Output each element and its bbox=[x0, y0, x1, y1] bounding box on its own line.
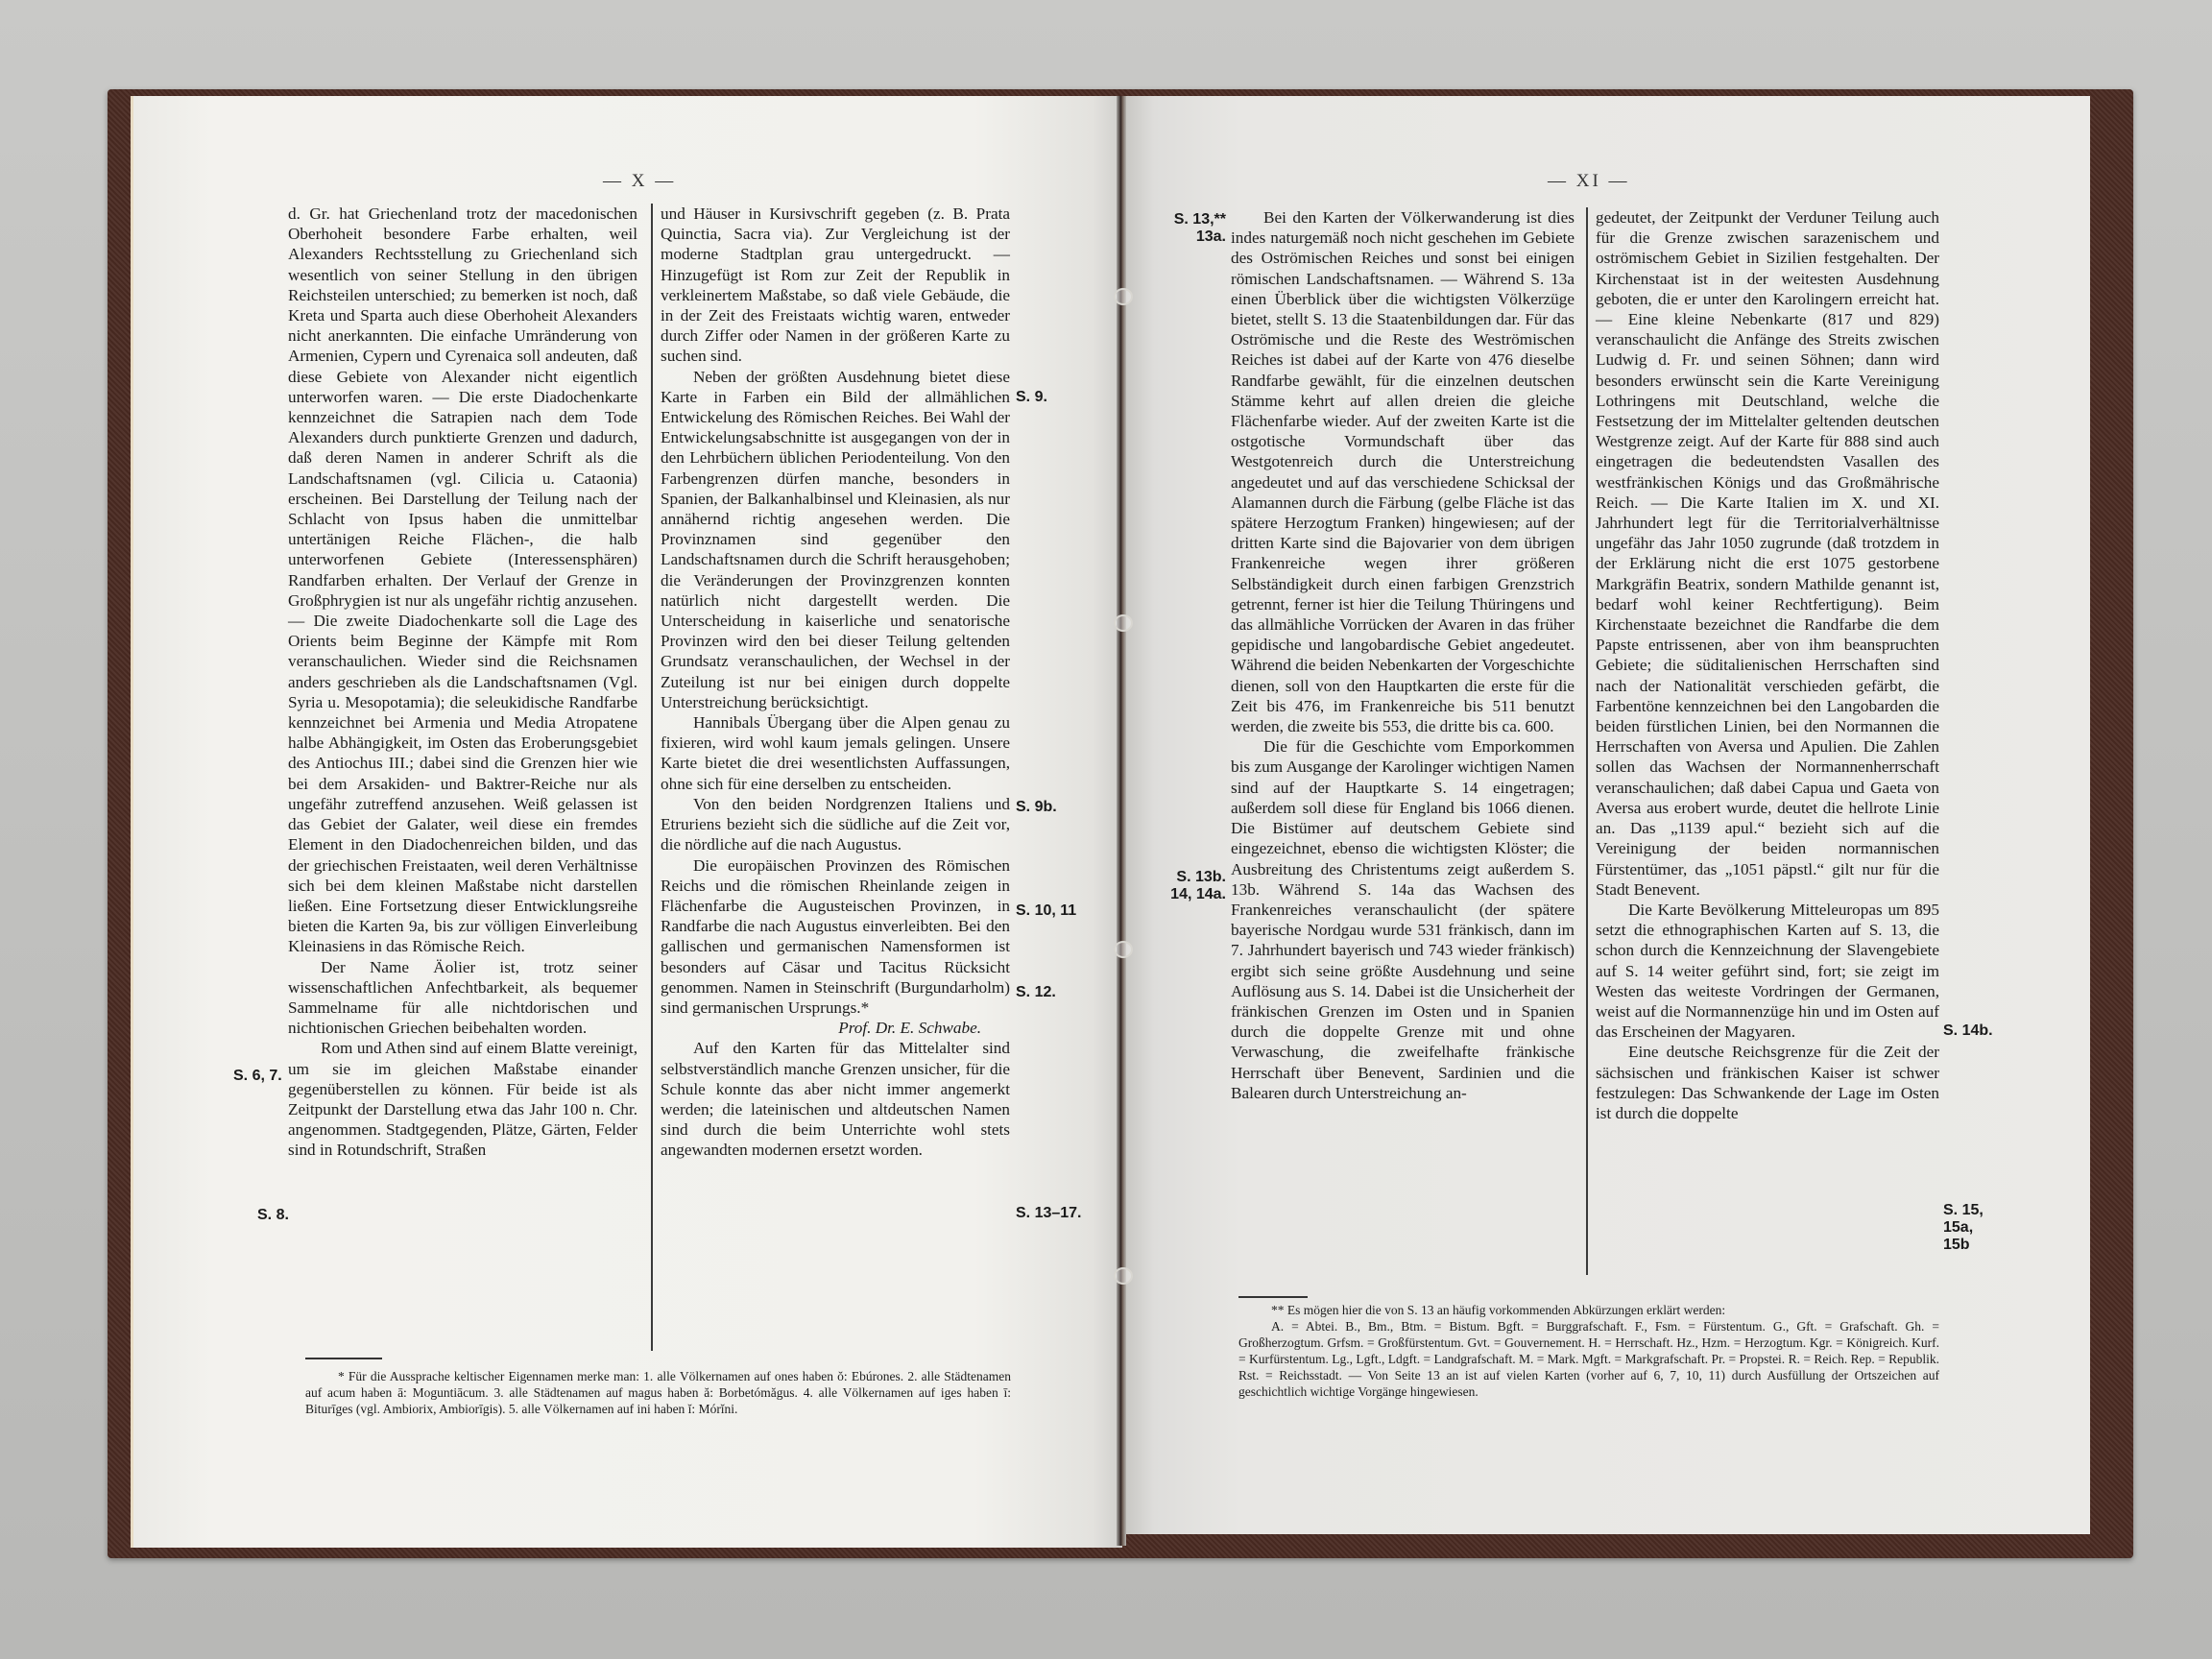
margin-reference: S. 12. bbox=[1016, 984, 1056, 1001]
page-number-left: — X — bbox=[603, 171, 676, 192]
paragraph: und Häuser in Kursivschrift gegeben (z. … bbox=[661, 204, 1010, 367]
right-page-column-1: Bei den Karten der Völkerwanderung ist d… bbox=[1231, 207, 1575, 1103]
right-page-column-2: gedeutet, der Zeitpunkt der Verduner Tei… bbox=[1596, 207, 1939, 1123]
binding-stitch bbox=[1114, 1267, 1133, 1285]
column-divider bbox=[651, 204, 653, 1351]
margin-reference: S. 13b. 14, 14a. bbox=[1166, 869, 1226, 903]
author-signature: Prof. Dr. E. Schwabe. bbox=[661, 1018, 1010, 1038]
paragraph: Die für die Geschichte vom Emporkommen b… bbox=[1231, 736, 1575, 1103]
paragraph: Neben der größten Ausdehnung bietet dies… bbox=[661, 367, 1010, 712]
binding-stitch bbox=[1114, 941, 1133, 958]
paragraph: Hannibals Übergang über die Alpen genau … bbox=[661, 712, 1010, 794]
footnote-text: * Für die Aussprache keltischer Eigennam… bbox=[305, 1368, 1011, 1417]
margin-reference: S. 15, 15a, 15b bbox=[1943, 1202, 2001, 1254]
page-number-right: — XI — bbox=[1548, 171, 1630, 192]
margin-reference: S. 8. bbox=[257, 1207, 289, 1224]
margin-reference: S. 13–17. bbox=[1016, 1205, 1082, 1222]
column-divider bbox=[1586, 207, 1588, 1275]
margin-reference: S. 6, 7. bbox=[233, 1068, 282, 1085]
footnote-text: A. = Abtei. B., Bm., Btm. = Bistum. Bgft… bbox=[1238, 1318, 1939, 1400]
paragraph: Die Karte Bevölkerung Mitteleuropas um 8… bbox=[1596, 900, 1939, 1042]
paragraph: Der Name Äolier ist, trotz seiner wissen… bbox=[288, 957, 637, 1039]
paragraph: Bei den Karten der Völkerwanderung ist d… bbox=[1231, 207, 1575, 736]
margin-reference: S. 9. bbox=[1016, 389, 1047, 406]
paragraph: gedeutet, der Zeitpunkt der Verduner Tei… bbox=[1596, 207, 1939, 900]
left-page-column-2: und Häuser in Kursivschrift gegeben (z. … bbox=[661, 204, 1010, 1161]
footnote-rule bbox=[1238, 1296, 1308, 1298]
margin-reference: S. 14b. bbox=[1943, 1022, 1993, 1040]
footnote-rule bbox=[305, 1358, 382, 1359]
paragraph: Auf den Karten für das Mittelalter sind … bbox=[661, 1038, 1010, 1160]
paragraph: Eine deutsche Reichsgrenze für die Zeit … bbox=[1596, 1042, 1939, 1123]
footnote-left: * Für die Aussprache keltischer Eigennam… bbox=[305, 1368, 1011, 1417]
book-gutter bbox=[1117, 96, 1126, 1546]
footnote-right: ** Es mögen hier die von S. 13 an häufig… bbox=[1238, 1302, 1939, 1400]
binding-stitch bbox=[1114, 288, 1133, 305]
paragraph: Die europäischen Provinzen des Römischen… bbox=[661, 855, 1010, 1019]
margin-reference: S. 13,** 13a. bbox=[1166, 211, 1226, 246]
margin-reference: S. 9b. bbox=[1016, 799, 1057, 816]
footnote-text: ** Es mögen hier die von S. 13 an häufig… bbox=[1238, 1302, 1939, 1318]
left-page-column-1: d. Gr. hat Griechenland trotz der macedo… bbox=[288, 204, 637, 1161]
paragraph: Rom und Athen sind auf einem Blatte vere… bbox=[288, 1038, 637, 1160]
binding-stitch bbox=[1114, 614, 1133, 632]
paragraph: d. Gr. hat Griechenland trotz der macedo… bbox=[288, 204, 637, 957]
paragraph: Von den beiden Nordgrenzen Italiens und … bbox=[661, 794, 1010, 855]
margin-reference: S. 10, 11 bbox=[1016, 902, 1076, 920]
